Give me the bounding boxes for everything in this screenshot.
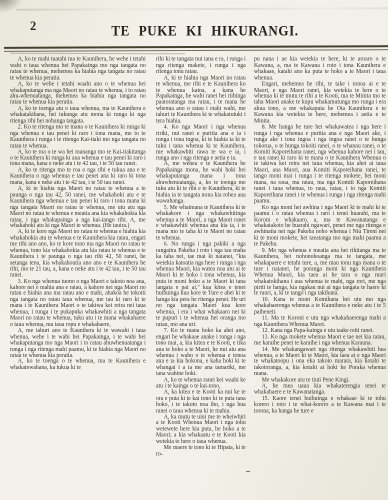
paragraph: 8. Me hanga he ture hei whakawatea i nga… — [254, 124, 386, 204]
scan-smudge — [0, 0, 23, 13]
masthead-rule-fragment — [10, 52, 185, 53]
paragraph: 3. Ko nga whenua tuono o nga Maori e tak… — [10, 278, 146, 327]
paragraph: A, ko te roa o te wa hei mananga mo te K… — [10, 149, 146, 168]
paragraph: 6. No runga i nga pakiki a nga rangatira… — [156, 241, 246, 327]
newspaper-page: 2 TE PUKE KI HIKURANGI. A, ko te mahi tu… — [0, 0, 388, 500]
paragraph: A, me tahuri ano te Kaunihera ki te wawa… — [10, 327, 146, 358]
paragraph: A, ko te wehe i tetahi waahi ano o te wh… — [10, 81, 146, 106]
text-column-left: A, ko te mahi tuatahi ma te Kaunihera, h… — [10, 56, 146, 468]
scan-stray-mark — [246, 471, 250, 472]
paragraph: A, ki te kore nga Maori no ratau te when… — [10, 229, 146, 278]
masthead-rule-primary — [4, 45, 388, 48]
paragraph: 14. Me whakangawari nga ritenga whakawhi… — [254, 346, 386, 377]
paragraph: 15. Kaore tenei huihuinga e whakaae ki t… — [254, 395, 386, 414]
text-column-middle: rihi ki te tangata nui tana e ra, i rung… — [156, 56, 246, 468]
paragraph: 11. Ma te Koroni e utu nga whakahaerenga… — [254, 315, 386, 327]
paragraph: A, ki te hiahia nga Maori no ratau te wh… — [156, 75, 246, 124]
paragraph: 9. Mo nga whenua e meatia ana hei rihita… — [254, 247, 386, 296]
paragraph: A, ka kitea e te Kooti ka nui ke te ora … — [156, 389, 246, 414]
paragraph: A, ko te whenua ranei kei waahi ke atu i… — [156, 377, 246, 389]
text-column-left-content: A, ko te mahi tuatahi ma te Kaunihera, h… — [10, 56, 146, 371]
text-column-middle-content: rihi ki te tangata nui tana e ra, i rung… — [156, 56, 246, 457]
masthead-title: TE PUKE KI HIKURANGI. — [22, 22, 388, 40]
scan-streak — [16, 7, 388, 11]
text-column-right: pu nana i ae kia wetekia te here, ki te … — [254, 56, 386, 468]
paragraph: A, me wehea e te Kaunihera he Papakainga… — [156, 161, 246, 204]
paragraph: 4. Ko nga Maori i nga whenua ririki, nui… — [156, 124, 246, 161]
masthead-rule-secondary — [4, 49, 388, 52]
paragraph: A, ki te hiahia nga Maori no ratau te wh… — [10, 186, 146, 229]
paragraph: A, ka mutu te uiui me te wheiwhiri a te … — [156, 414, 246, 445]
text-column-right-content: pu nana i ae kia wetekia te here, ki te … — [254, 56, 386, 414]
paragraph: 7. Ko te mana hoko ka ahei ano, engari h… — [156, 327, 246, 376]
paragraph: A, ko te mahi tuatahi ma te Kaunihera, h… — [10, 56, 146, 81]
paragraph: pu nana i ae kia wetekia te here, ki te … — [254, 56, 386, 81]
paragraph: 10. Kana te moni Komihana hei utu mo nga… — [254, 297, 386, 316]
paragraph: 13. Ko nga mokete whenua Maori e tae nei… — [254, 334, 386, 346]
paragraph: 2. Ko te ritenga mo te mana o te Kaunihe… — [10, 124, 146, 149]
paragraph: Ko nga moni hei awhina i nga Maori ki te… — [254, 204, 386, 247]
paragraph: Me maere te tono ki te Hipata, ki te ro- — [156, 445, 246, 457]
paragraph: 5. Me whaimana te Kaunihera ki te whakak… — [156, 204, 246, 241]
paragraph: Engari, mehemea he rihi, te take i tonoa… — [254, 81, 386, 124]
body-columns: A, ko te mahi tuatahi ma te Kaunihera, h… — [10, 56, 386, 468]
paragraph: A, ko te toenga atu o taua whenua, ma te… — [10, 105, 146, 124]
paragraph: rihi ki te tangata nui tana e ra, i rung… — [156, 56, 246, 75]
paragraph: A, ko te ritenga mo te roa o nga rihi e … — [10, 167, 146, 186]
paragraph: A, ko te toenga o te whenua, ma te Kauni… — [10, 358, 146, 370]
paragraph: A, he mea uaua kia whakaterengia tenei t… — [254, 383, 386, 395]
